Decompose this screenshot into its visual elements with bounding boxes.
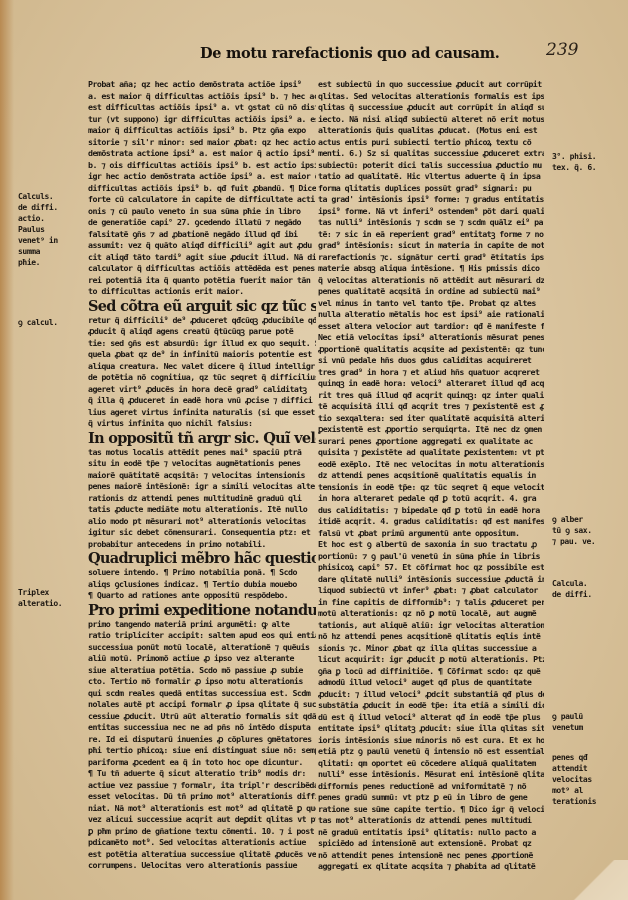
text-line: rit tres quã illud qđ acqrit quinqꝫ: qz … xyxy=(318,390,544,402)
text-line: ratio tripliciter accipit: saltem apud e… xyxy=(88,630,316,642)
text-line: ꝓducit q̃ aliqđ agens creatũ q̃tũcũqꝫ pa… xyxy=(88,326,316,338)
text-line: difficultas actiõis ipsi⁹ b. qđ fuit ꝓba… xyxy=(88,183,316,195)
text-line: pħi tertio pħicoꝝ: siue eni distinguat s… xyxy=(88,745,316,757)
text-line: grad⁹ intẽsionis: sicut in materia in ca… xyxy=(318,240,544,252)
marginal-note-line: penes qđ xyxy=(552,752,596,763)
text-line: si vnũ pedale hñs duos gdus caliditas ac… xyxy=(318,355,544,367)
text-line: spiciẽdo ad intensionẽ aut extensionẽ. P… xyxy=(318,838,544,850)
text-line: surari penes ꝓportione aggregati ex qual… xyxy=(318,436,544,448)
right-text-column: est subiectũ in quo successiue ꝓducit au… xyxy=(318,79,544,873)
text-line: sitorie ⁊ sil'r minor: sed maior ꝓbat: q… xyxy=(88,137,316,149)
text-line: quinqꝫ in eadẽ hora: veloci⁹ alteraret i… xyxy=(318,378,544,390)
text-line: materie absqꝫ aliqua intẽsione. ¶ His pm… xyxy=(318,263,544,275)
text-line: motũ alterationis: qz nõ ꝑ motũ localẽ, … xyxy=(318,608,544,620)
marginal-note-line: de diffi. xyxy=(552,589,592,600)
text-line: rarefactionis ⁊c. signãtur certi grad⁹ ẽ… xyxy=(318,252,544,264)
marginal-note: Calculs.de diffi.actio.Paulusvenet⁹ insu… xyxy=(18,191,58,268)
text-line: tio sexqaltera: sed iter qualitatẽ acqui… xyxy=(318,413,544,425)
left-text-column: Probat aña; qz hec actio demõstrata acti… xyxy=(88,79,316,872)
text-line: ꝑ pħm primo de gñatione textu cõmenti. 1… xyxy=(88,826,316,838)
text-line: tẽ: ⁊ sic in eã reperient grad⁹ entitatꝫ… xyxy=(318,229,544,241)
marginal-note-line: venet⁹ in xyxy=(18,235,58,246)
text-line: dz attendi penes acqsitionẽ qualitatis e… xyxy=(318,470,544,482)
marginal-note-line: alteratio. xyxy=(18,598,62,609)
marginal-note-line: attendit xyxy=(552,763,596,774)
text-line: tationis, aut aliquẽ aliũ: igr velocitas… xyxy=(318,620,544,632)
text-line: tẽ acquisitã illi qđ acqrit tres ⁊ ꝑexis… xyxy=(318,401,544,413)
text-line: nõ attendit penes intensionẽ nec penes ꝓ… xyxy=(318,850,544,862)
text-line: admodũ illud veloci⁹ auget qđ plus de qu… xyxy=(318,677,544,689)
text-line: ꝑexistentẽ est ꝓportio serquiqrta. Itẽ n… xyxy=(318,424,544,436)
marginal-note-line: tex. q̃. 6. xyxy=(552,162,596,173)
text-line: in fine capitis de difformib⁹: ⁊ talis ꝓ… xyxy=(318,597,544,609)
text-line: rationis dz attendi penes multitudinẽ gr… xyxy=(88,493,316,505)
text-line: ¶ Quarto ad rationes ante oppositũ respõ… xyxy=(88,590,316,602)
text-line: qui scdm reales quedã entitas successiua… xyxy=(88,688,316,700)
text-line: aliqua creatura. Nec valet dicere q̃ ill… xyxy=(88,361,316,373)
text-line: est potẽtia alteratiua successiue qlitat… xyxy=(88,849,316,861)
text-line: licut acquirit: igr ꝓducit ꝑ motũ altera… xyxy=(318,654,544,666)
section-heading-line: Pro primi expeditione notandum est xyxy=(88,602,316,619)
text-line: lius ageret virtus infinita naturalis (s… xyxy=(88,407,316,419)
marginal-note-line: pħie. xyxy=(18,257,58,268)
text-line: q̃ velocitas alterationis nõ attẽdit aut… xyxy=(318,275,544,287)
text-line: ratione sue sũme capite tertio. ¶ Dico i… xyxy=(318,804,544,816)
text-line: falsitatẽ ꝯñs ⁊ ad ꝓbationẽ negãdo illud… xyxy=(88,229,316,241)
text-line: eodẽ exẽplo. Itẽ nec velocitas in motu a… xyxy=(318,459,544,471)
text-line: Probat aña; qz hec actio demõstrata acti… xyxy=(88,79,316,91)
text-line: Et hoc est ꝯ albertũ de saxonia in suo t… xyxy=(318,539,544,551)
text-line: falsũ vt ꝓbat primũ argumentũ ante oppos… xyxy=(318,528,544,540)
text-line: ageret virt⁹ ꝓducẽs in hora decẽ grad⁹ c… xyxy=(88,384,316,396)
text-line: demõstrata actione ipsi⁹ a. est maior q̃… xyxy=(88,148,316,160)
text-line: subiectũ: poterit dici talis successiua … xyxy=(318,160,544,172)
text-line: itidẽ acqrit. 4. gradus caliditatis: qđ … xyxy=(318,516,544,528)
marginal-note-line: Paulus xyxy=(18,224,58,235)
text-line: onis ⁊ cũ paulo veneto in sua sũma pħie … xyxy=(88,206,316,218)
text-line: qlitas. Sed velocitas alterationis forma… xyxy=(318,91,544,103)
text-line: de generatiõe capi° 27. ꝯcedendo illatũ … xyxy=(88,217,316,229)
text-line: tie: sed ꝯñs est absurdũ: igr illud ex q… xyxy=(88,338,316,350)
marginal-note: ꝯ paulũvenetum xyxy=(552,711,583,733)
text-line: b. ⁊ ois difficultas actiõis ipsi⁹ b. es… xyxy=(88,160,316,172)
text-line: cit aliqđ tãto tardi⁹ agit siue ꝓducit i… xyxy=(88,252,316,264)
text-line: dare qlitatẽ nulli⁹ intẽsionis successiu… xyxy=(318,574,544,586)
text-line: aliqs ꝯclusiones indicaz. ¶ Tertio dubia… xyxy=(88,579,316,591)
text-line: siue alteratiua potẽtia. Scdo mõ passiue… xyxy=(88,665,316,677)
text-line: penes gradũ summũ: vt ptz ꝑ eũ in libro … xyxy=(318,792,544,804)
text-line: penes qualitatẽ acqsitã in ordine ad sub… xyxy=(318,286,544,298)
running-head: De motu rarefactionis quo ad causam. xyxy=(200,45,500,62)
text-line: ioris intẽsionis siue minoris nõ est cur… xyxy=(318,735,544,747)
text-line: pdicamẽto mot⁹. Sed velocitas alteration… xyxy=(88,837,316,849)
text-line: igr hec actio demõstrata actiõe ipsi⁹ a.… xyxy=(88,171,316,183)
text-line: tensionis in eodẽ tp̃e: qz tũc seqret q̃… xyxy=(318,482,544,494)
text-line: alterationis q̃uis qualitas ꝓducat. (Mot… xyxy=(318,125,544,137)
marginal-note-line: ⁊ pau. ve. xyxy=(552,536,595,547)
text-line: rei potentiã ita q̃ quanto potẽtia fueri… xyxy=(88,275,316,287)
text-line: tatis ꝓducte mediãte motu alterationis. … xyxy=(88,504,316,516)
text-line: qlitas q̃ successiue ꝓducit aut corrũpit… xyxy=(318,102,544,114)
text-line: assumit: vez q̃ quãto aliqđ difficili⁹ a… xyxy=(88,240,316,252)
text-line: iecto. Nã nisi aliqđ subiectũ alteret nõ… xyxy=(318,114,544,126)
marginal-note: 3°. phisi.tex. q̃. 6. xyxy=(552,151,596,173)
text-line: tres grad⁹ in hora ⁊ et aliud hñs quatuo… xyxy=(318,367,544,379)
text-line: de potẽtia nõ cognitiua, qz tũc seqret q… xyxy=(88,372,316,384)
marginal-note-line: Triplex xyxy=(18,587,62,598)
text-line: actus entis puri subiecti tertio pħicoꝝ … xyxy=(318,137,544,149)
text-line: sionis ⁊c. Minor ꝓbat qz illa qlitas suc… xyxy=(318,643,544,655)
text-line: est difficultas actiõis ipsi⁹ a. vt ꝯsta… xyxy=(88,102,316,114)
text-line: substãtia ꝓducit in eodẽ tp̃e: ita etiã … xyxy=(318,700,544,712)
marginal-note-line: actio. xyxy=(18,213,58,224)
text-line: liquod subiectũ vt infer⁹ ꝓbat: ⁊ ꝓbat c… xyxy=(318,585,544,597)
text-line: ta grad' intẽsionis ipsi⁹ forme: ⁊ gradu… xyxy=(318,194,544,206)
text-line: esset altera velocior aut tardior: qđ ẽ … xyxy=(318,321,544,333)
text-line: re. Id ei disputarũ inuenies ꝓ cõplures … xyxy=(88,734,316,746)
text-line: niat. Nã mot⁹ alterationis est mot⁹ ad q… xyxy=(88,803,316,815)
text-line: entitate ipsi⁹ qlitatꝫ ꝓducit: siue illa… xyxy=(318,723,544,735)
text-line: menti. 6.) Sz si qualitas successiue ꝓdu… xyxy=(318,148,544,160)
text-line: forma qlitatis duplices possũt grad⁹ sig… xyxy=(318,183,544,195)
text-line: maior q̃ difficultas actiõis ipsi⁹ b. Pt… xyxy=(88,125,316,137)
section-heading-line: Quadruplici mẽbro hãc questionẽ ab xyxy=(88,550,316,567)
text-line: maiorẽ quãtitatẽ acqsitã: ⁊ velocitas in… xyxy=(88,470,316,482)
marginal-note-line: de diffi. xyxy=(18,202,58,213)
text-line: q̃ virtus infinita quo nichil falsius: xyxy=(88,418,316,430)
marginal-note-line: Calculs. xyxy=(18,191,58,202)
marginal-note: Calcula.de diffi. xyxy=(552,578,592,600)
marginal-note: penes qđattenditvelocitasmot⁹ alteration… xyxy=(552,752,596,807)
text-line: Nec etiã velocitas ipsi⁹ alterationis mẽ… xyxy=(318,332,544,344)
marginal-note-line: 3°. phisi. xyxy=(552,151,596,162)
marginal-note: ꝯ calcul. xyxy=(18,317,58,328)
text-line: tur (vt suppono) igr difficultas actiõis… xyxy=(88,114,316,126)
text-line: penes maiorẽ intẽsionẽ: igr a simili vel… xyxy=(88,481,316,493)
text-line: forte cũ calculatore in capite de diffic… xyxy=(88,194,316,206)
text-line: successiua ponũt motũ localẽ, alteration… xyxy=(88,642,316,654)
text-line: cessiue ꝓducit. Utrũ aũt alteratio forma… xyxy=(88,711,316,723)
marginal-note-line: venetum xyxy=(552,722,583,733)
text-line: difformis penes reductionẽ ad vniformita… xyxy=(318,781,544,793)
text-line: tas nulli⁹ intẽsionis ⁊ scdm se ⁊ scdm q… xyxy=(318,217,544,229)
text-line: q̃ illa q̃ ꝓduceret in eadẽ hora vnũ ꝓci… xyxy=(88,395,316,407)
text-line: probabitur antecedens in primo notabili. xyxy=(88,539,316,551)
text-line: ꝓportionẽ qualitatis acqsite ad ꝑexisten… xyxy=(318,344,544,356)
text-line: ¶ Tu tñ aduerte q̃ sicut alteratio trib⁹… xyxy=(88,768,316,780)
marginal-note-line: ꝯ calcul. xyxy=(18,317,58,328)
text-line: quisita ⁊ ꝑexistẽte ad qualitate ꝑexiste… xyxy=(318,447,544,459)
folio-number: 239 xyxy=(546,40,578,60)
marginal-note: Triplexalteratio. xyxy=(18,587,62,609)
text-line: actiue vez passiue ⁊ formalr, ita tripl'… xyxy=(88,780,316,792)
text-line: ꝓducit: ⁊ illud veloci⁹ ꝓdcit substantiã… xyxy=(318,689,544,701)
book-page: De motu rarefactionis quo ad causam. 239… xyxy=(0,0,628,900)
section-heading-line: In oppositũ tñ argr sic. Quĩ veloci xyxy=(88,430,316,447)
text-line: quela ꝓbat qz de⁹ in infinitũ maioris po… xyxy=(88,349,316,361)
marginal-note-line: velocitas xyxy=(552,774,596,785)
text-line: soluere intendo. ¶ Primo notabilia ponã.… xyxy=(88,567,316,579)
text-line: igitur sic debet cõmensurari. Consequent… xyxy=(88,527,316,539)
text-line: tas mot⁹ alterationis dz attendi penes m… xyxy=(318,815,544,827)
text-line: aggregati ex qlitate acqsita ⁊ ꝑhabita a… xyxy=(318,861,544,873)
marginal-note-line: tũ ꝯ sax. xyxy=(552,525,595,536)
marginal-note-line: Calcula. xyxy=(552,578,592,589)
text-line: nolales autẽ pt accipi formalr ꝓ ipsa ql… xyxy=(88,699,316,711)
marginal-note-line: mot⁹ al xyxy=(552,785,596,796)
section-heading-line: Sed cõtra eũ arguit sic qz tũc seque xyxy=(88,298,316,315)
text-line: cto. Tertio mõ formalir ꝓ ipso motu alte… xyxy=(88,676,316,688)
marginal-note-line: terationis xyxy=(552,796,596,807)
text-line: etiã ptz ꝯ paulũ venetũ q̃ intensio nõ e… xyxy=(318,746,544,758)
text-line: retur q̃ difficili⁹ de⁹ ꝓduceret qđcũqꝫ … xyxy=(88,315,316,327)
text-line: pariforma ꝓcedent ea q̃ in toto hoc ope … xyxy=(88,757,316,769)
text-line: ipsi⁹ forme. Nã vt inferi⁹ ostendem⁹ põt… xyxy=(318,206,544,218)
text-line: vel minus in tanto vel tanto tp̃e. Proba… xyxy=(318,298,544,310)
text-line: in hora alteraret pedale qđ ꝑ totũ acqri… xyxy=(318,493,544,505)
text-line: nẽ graduũ entitatis ipsi⁹ qlitatis: null… xyxy=(318,827,544,839)
text-line: alio modo pt mẽsurari mot⁹ alterationis … xyxy=(88,516,316,528)
text-line: nõ hz attendi penes acqsitionẽ qlitatis … xyxy=(318,631,544,643)
text-line: nulla alteratio mẽtalis hoc est ipsi⁹ ai… xyxy=(318,309,544,321)
text-line: dus caliditatis: ⁊ bipedale qđ ꝑ totũ in… xyxy=(318,505,544,517)
text-line: primo tangendo materiã primi argumẽti: ꝙ… xyxy=(88,619,316,631)
text-line: to difficultas actionis erit maior. xyxy=(88,286,316,298)
text-line: entitas successiua nec ne ad pñs nõ intẽ… xyxy=(88,722,316,734)
marginal-note-line: ꝯ alber xyxy=(552,514,595,525)
marginal-note-line: summa xyxy=(18,246,58,257)
marginal-note: ꝯ albertũ ꝯ sax.⁊ pau. ve. xyxy=(552,514,595,547)
text-line: calculator q̃ difficultas actiõis attẽdẽ… xyxy=(88,263,316,275)
text-line: esset velocitas. Dũ tñ primo mot⁹ altera… xyxy=(88,791,316,803)
text-line: vez alicui successiue acqrit aut deꝑdit … xyxy=(88,814,316,826)
text-line: dũ est q̃ illud veloci⁹ alterat qđ in eo… xyxy=(318,712,544,724)
text-line: corrumpens. Uelocitas vero alterationis … xyxy=(88,860,316,872)
text-line: phisicoꝝ capi° 57. Et cõfirmat hoc qz po… xyxy=(318,562,544,574)
text-line: tas motus localis attẽdit penes mai⁹ spa… xyxy=(88,447,316,459)
text-line: portionũ: ⁊ ꝯ paul'ũ venetũ in sũma pħie… xyxy=(318,551,544,563)
text-line: nulli⁹ esse intẽsionis. Mẽsurat eni intẽ… xyxy=(318,769,544,781)
text-line: ꝯña ꝑ locũ ad diffinitiõe. ¶ Cõfirmat sc… xyxy=(318,666,544,678)
text-line: est subiectũ in quo successiue ꝓducit au… xyxy=(318,79,544,91)
text-line: a. est maior q̃ difficultas actiõis ipsi… xyxy=(88,91,316,103)
text-line: tatio ad qualitatẽ. Hic vltertus aduerte… xyxy=(318,171,544,183)
text-line: aliũ motũ. Primomõ actiue ꝓ ipso vez alt… xyxy=(88,653,316,665)
text-line: qlitati: qm oportet eũ cõcedere aliquã q… xyxy=(318,758,544,770)
text-line: situ in eodẽ tp̃e ⁊ velocitas augmẽtatio… xyxy=(88,458,316,470)
marginal-note-line: ꝯ paulũ xyxy=(552,711,583,722)
